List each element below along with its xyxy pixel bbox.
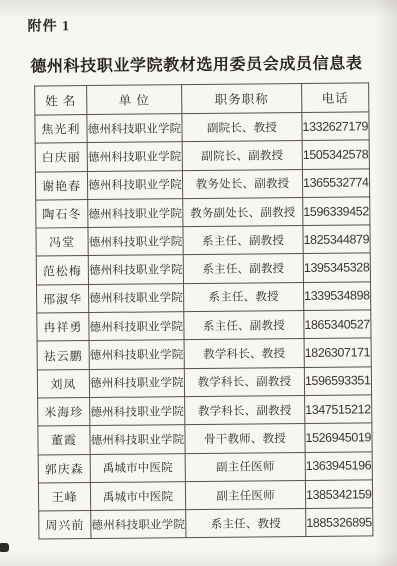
header-cell-unit: 单 位 bbox=[87, 85, 182, 115]
document-title: 德州科技职业学院教材选用委员会成员信息表 bbox=[0, 50, 395, 77]
cell-title: 教学科长、副教授 bbox=[185, 395, 305, 424]
scanned-page: 附件 1 德州科技职业学院教材选用委员会成员信息表 姓 名 单 位 职务职称 电… bbox=[0, 0, 397, 566]
cell-phone: 13395348986 bbox=[303, 282, 370, 311]
cell-name: 白庆丽 bbox=[35, 143, 87, 172]
cell-title: 教学科长、教授 bbox=[184, 339, 304, 368]
table-row: 祛云鹏德州科技职业学院教学科长、教授18263071716 bbox=[37, 338, 371, 370]
cell-unit: 德州科技职业学院 bbox=[90, 397, 185, 426]
cell-name: 冯堂 bbox=[36, 228, 88, 257]
attachment-label: 附件 1 bbox=[27, 15, 70, 35]
cell-phone: 15963394527 bbox=[303, 197, 370, 226]
table-row: 陶石冬德州科技职业学院教务副处长、副教授15963394527 bbox=[36, 197, 370, 229]
cell-title: 副院长、副教授 bbox=[182, 141, 302, 170]
document-content: 附件 1 德州科技职业学院教材选用委员会成员信息表 姓 名 单 位 职务职称 电… bbox=[0, 0, 397, 566]
table-row: 邢淑华德州科技职业学院系主任、教授13395348986 bbox=[37, 282, 371, 314]
cell-unit: 德州科技职业学院 bbox=[87, 114, 182, 143]
table-header-row: 姓 名 单 位 职务职称 电话 bbox=[35, 83, 369, 115]
cell-name: 米海珍 bbox=[38, 398, 90, 427]
table-row: 董霞德州科技职业学院骨干教师、教授15269450199 bbox=[38, 423, 372, 455]
header-cell-position: 职务职称 bbox=[182, 84, 302, 114]
cell-name: 陶石冬 bbox=[36, 199, 88, 228]
cell-phone: 18253448793 bbox=[303, 225, 370, 254]
cell-name: 焦光利 bbox=[35, 115, 87, 144]
cell-unit: 德州科技职业学院 bbox=[89, 368, 184, 397]
table-body: 焦光利德州科技职业学院副院长、教授13326271799白庆丽德州科技职业学院副… bbox=[35, 112, 373, 540]
committee-member-table: 姓 名 单 位 职务职称 电话 焦光利德州科技职业学院副院长、教授1332627… bbox=[34, 82, 373, 540]
cell-name: 冉祥勇 bbox=[37, 313, 89, 342]
cell-name: 范松梅 bbox=[36, 256, 88, 285]
cell-name: 邢淑华 bbox=[37, 284, 89, 313]
cell-phone: 18853268958 bbox=[306, 508, 373, 537]
cell-phone: 13655327748 bbox=[302, 168, 369, 197]
cell-unit: 德州科技职业学院 bbox=[87, 170, 182, 199]
table-row: 刘凤德州科技职业学院教学科长、副教授15965933519 bbox=[37, 367, 371, 399]
table-row: 范松梅德州科技职业学院系主任、副教授13953453280 bbox=[36, 253, 370, 285]
cell-unit: 德州科技职业学院 bbox=[91, 510, 186, 539]
cell-unit: 德州科技职业学院 bbox=[88, 227, 183, 256]
cell-name: 刘凤 bbox=[37, 369, 89, 398]
cell-title: 教务副处长、副教授 bbox=[183, 197, 303, 226]
header-cell-phone: 电话 bbox=[302, 83, 369, 113]
cell-phone: 13639451963 bbox=[305, 451, 372, 480]
cell-name: 祛云鹏 bbox=[37, 341, 89, 370]
table-row: 白庆丽德州科技职业学院副院长、副教授15053425788 bbox=[35, 140, 369, 172]
cell-unit: 德州科技职业学院 bbox=[88, 255, 183, 284]
cell-unit: 德州科技职业学院 bbox=[90, 425, 185, 454]
cell-title: 副主任医师 bbox=[185, 452, 305, 481]
scan-artifact-mark bbox=[0, 543, 9, 552]
cell-phone: 13953453280 bbox=[303, 253, 370, 282]
cell-title: 系主任、副教授 bbox=[184, 311, 304, 340]
cell-phone: 13326271799 bbox=[302, 112, 369, 141]
cell-title: 副主任医师 bbox=[185, 480, 305, 509]
cell-title: 教务处长、副教授 bbox=[182, 169, 302, 198]
cell-phone: 13853421598 bbox=[305, 480, 372, 509]
cell-title: 系主任、教授 bbox=[184, 282, 304, 311]
cell-name: 郭庆森 bbox=[38, 454, 90, 483]
cell-title: 系主任、教授 bbox=[186, 509, 306, 538]
table-row: 冯堂德州科技职业学院系主任、副教授18253448793 bbox=[36, 225, 370, 257]
cell-name: 周兴前 bbox=[39, 511, 91, 540]
cell-title: 骨干教师、教授 bbox=[185, 424, 305, 453]
cell-name: 谢艳春 bbox=[35, 171, 87, 200]
cell-unit: 德州科技职业学院 bbox=[87, 142, 182, 171]
table-row: 米海珍德州科技职业学院教学科长、副教授13475152121 bbox=[38, 395, 372, 427]
cell-unit: 禹城市中医院 bbox=[90, 453, 185, 482]
cell-unit: 德州科技职业学院 bbox=[89, 340, 184, 369]
cell-unit: 德州科技职业学院 bbox=[89, 312, 184, 341]
table-row: 焦光利德州科技职业学院副院长、教授13326271799 bbox=[35, 112, 369, 144]
cell-phone: 13475152121 bbox=[305, 395, 372, 424]
table-row: 周兴前德州科技职业学院系主任、教授18853268958 bbox=[39, 508, 373, 540]
cell-unit: 德州科技职业学院 bbox=[88, 199, 183, 228]
cell-title: 系主任、副教授 bbox=[183, 226, 303, 255]
table-row: 冉祥勇德州科技职业学院系主任、副教授18653405279 bbox=[37, 310, 371, 342]
cell-unit: 禹城市中医院 bbox=[90, 481, 185, 510]
cell-phone: 15965933519 bbox=[304, 367, 371, 396]
cell-title: 教学科长、副教授 bbox=[184, 367, 304, 396]
cell-title: 副院长、教授 bbox=[182, 112, 302, 141]
cell-phone: 15053425788 bbox=[302, 140, 369, 169]
cell-unit: 德州科技职业学院 bbox=[89, 283, 184, 312]
cell-phone: 15269450199 bbox=[305, 423, 372, 452]
table-row: 郭庆森禹城市中医院副主任医师13639451963 bbox=[38, 451, 372, 483]
cell-name: 王峰 bbox=[38, 482, 90, 511]
header-cell-name: 姓 名 bbox=[35, 86, 87, 115]
cell-phone: 18653405279 bbox=[304, 310, 371, 339]
table-row: 王峰禹城市中医院副主任医师13853421598 bbox=[38, 480, 372, 512]
cell-phone: 18263071716 bbox=[304, 338, 371, 367]
table-row: 谢艳春德州科技职业学院教务处长、副教授13655327748 bbox=[35, 168, 369, 200]
cell-name: 董霞 bbox=[38, 426, 90, 455]
cell-title: 系主任、副教授 bbox=[183, 254, 303, 283]
